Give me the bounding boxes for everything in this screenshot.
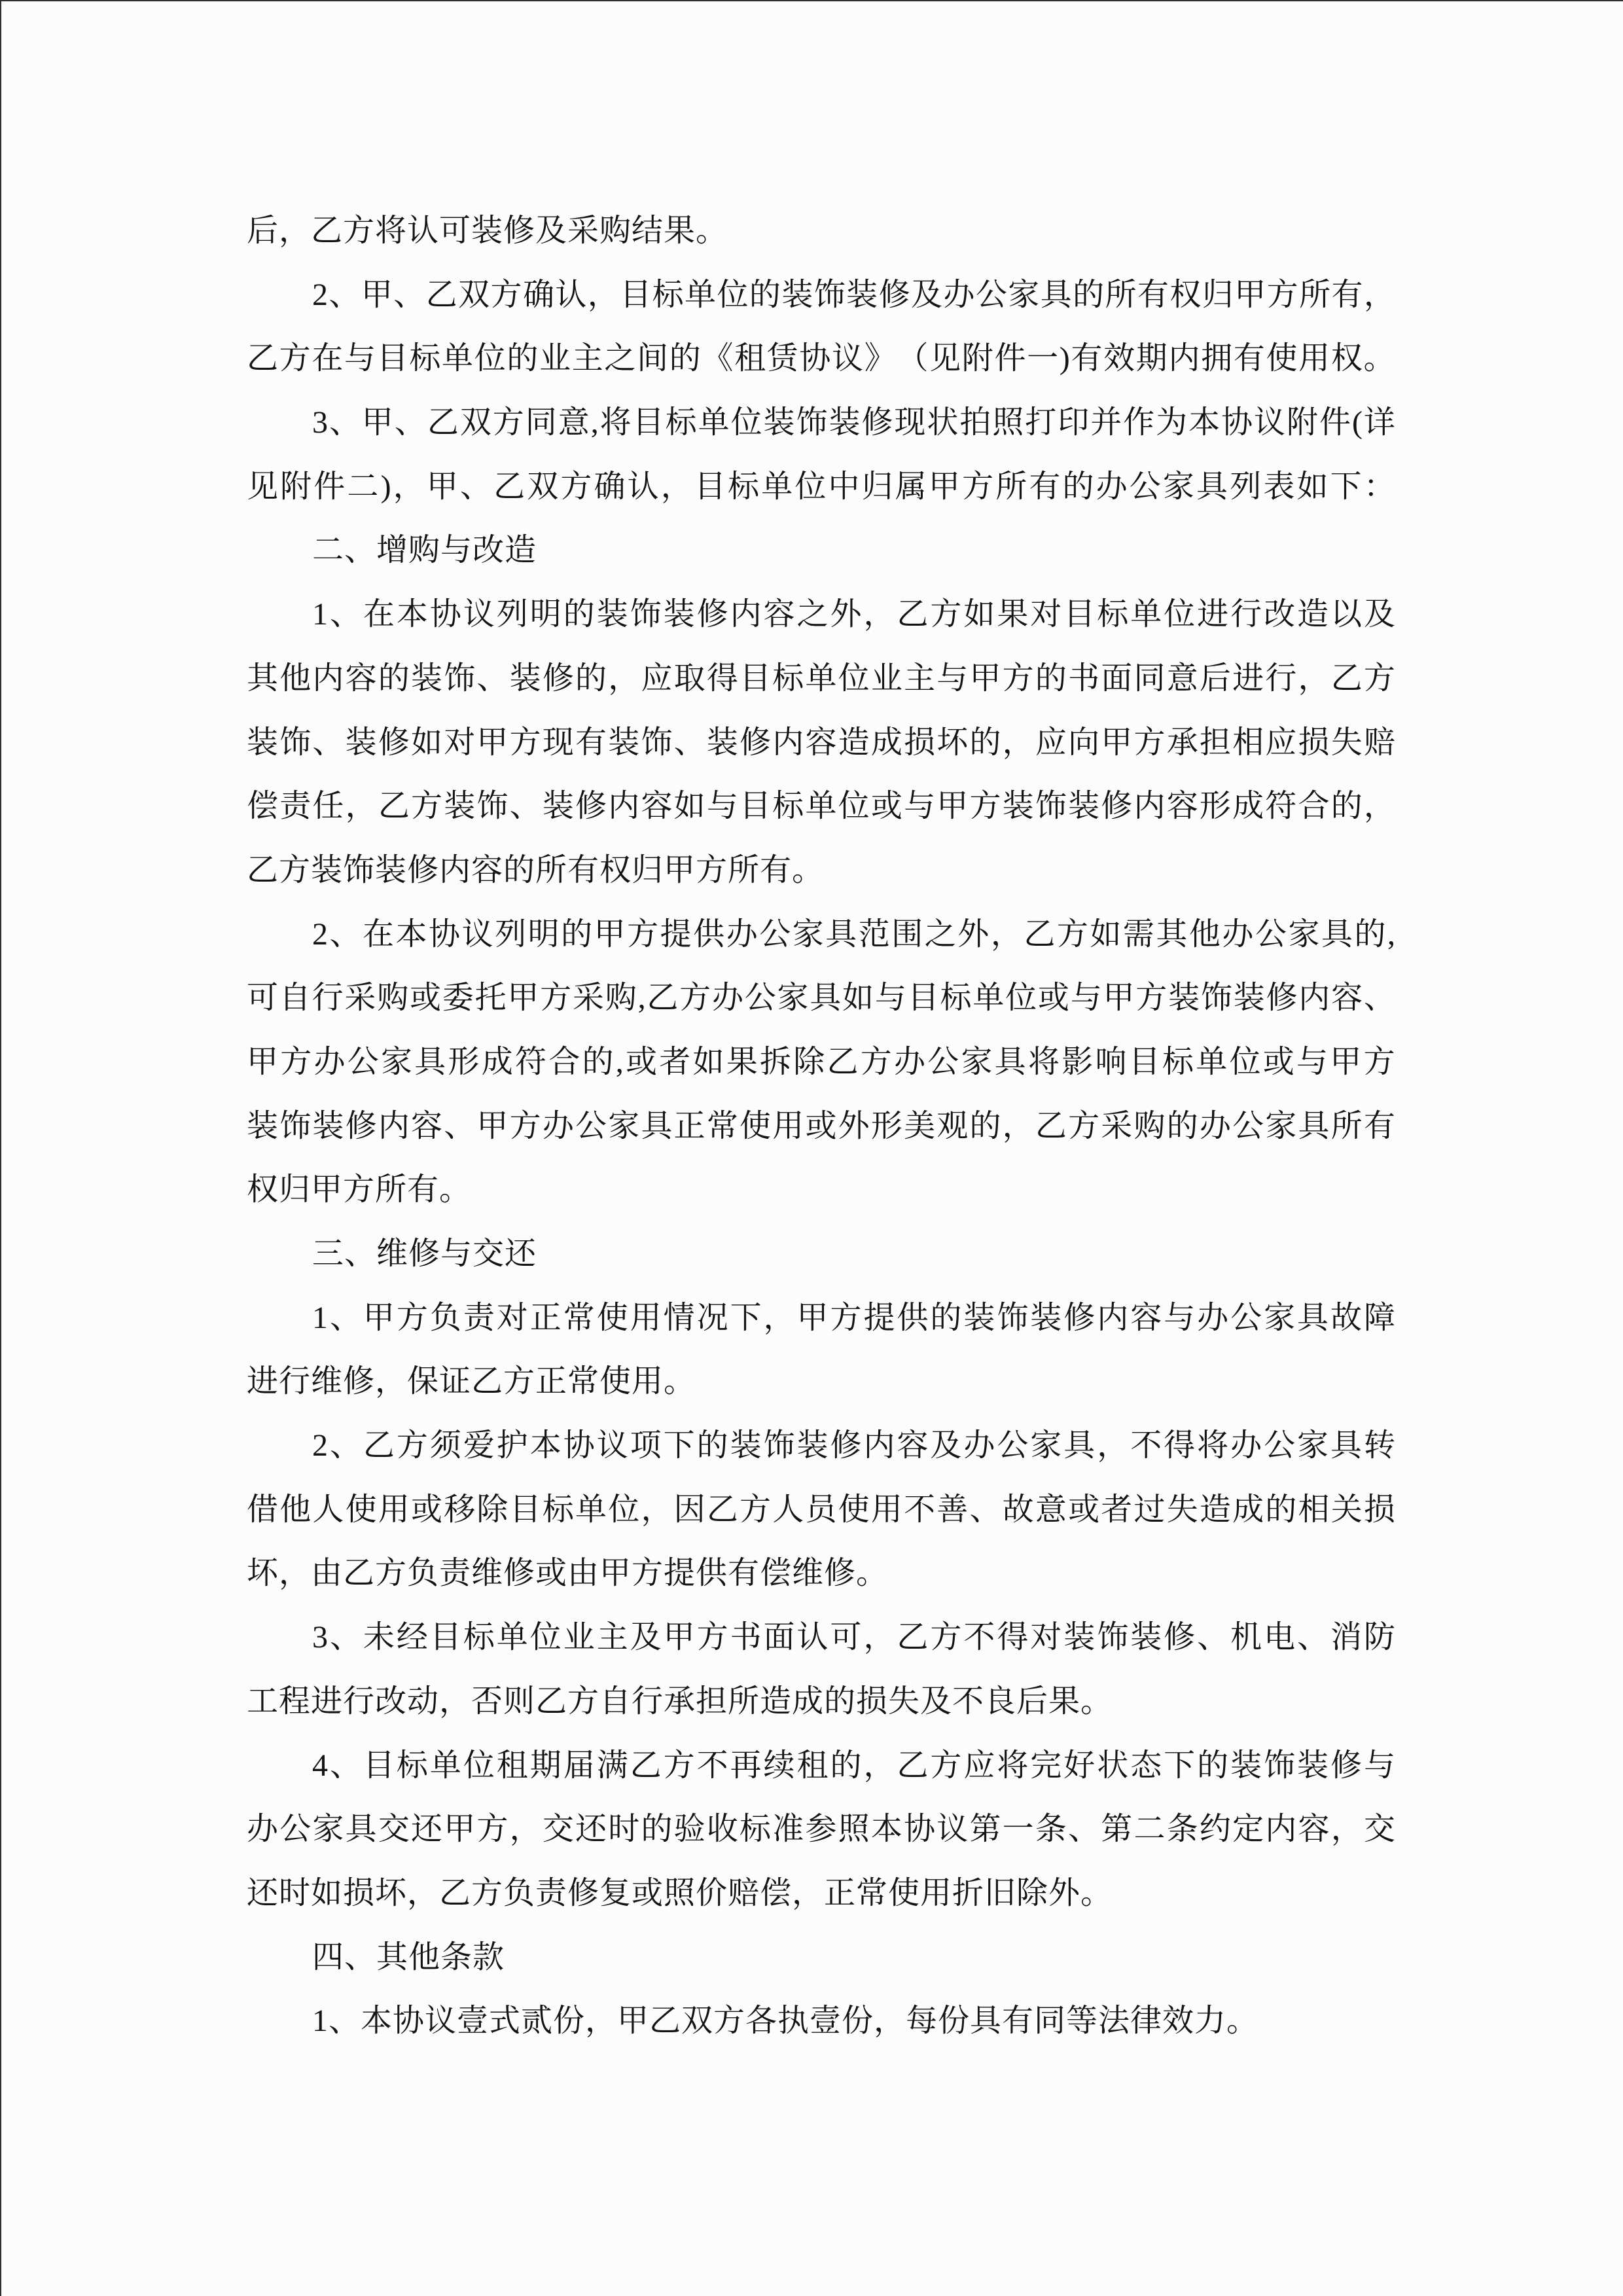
character: 下: [1164, 1734, 1195, 1798]
character: 同: [1133, 647, 1165, 711]
character: ,: [591, 391, 599, 455]
character: 或: [805, 1094, 836, 1158]
character: 或: [626, 1030, 657, 1094]
character: 乙: [1331, 647, 1363, 711]
character: 的: [582, 1030, 614, 1094]
character: 单: [497, 1605, 528, 1670]
character: 可: [830, 1605, 861, 1670]
character: 方: [397, 1414, 428, 1478]
character: 其: [247, 647, 278, 711]
character: 收: [707, 1797, 738, 1861]
character: 所: [1105, 263, 1137, 327]
character: 饰: [1097, 1605, 1128, 1670]
character: 坏: [936, 711, 968, 775]
character: 标: [772, 647, 804, 711]
character: 印: [1058, 391, 1089, 455]
character: 装: [781, 263, 813, 327]
character: 位: [838, 774, 870, 838]
character: 内: [1298, 966, 1330, 1030]
character: 协: [563, 1414, 595, 1478]
character: 成: [871, 711, 902, 775]
character: 饰: [444, 647, 475, 711]
character: 装: [312, 1094, 344, 1158]
character: 拥: [1201, 327, 1232, 391]
character: 、: [1297, 1605, 1329, 1670]
character: 公: [997, 1414, 1028, 1478]
character: 交: [378, 1797, 410, 1861]
character: 与: [344, 327, 376, 391]
character: 正: [674, 1094, 705, 1158]
character: 家: [1265, 1094, 1296, 1158]
character: 修: [879, 263, 910, 327]
character: 、: [674, 711, 705, 775]
character: 如: [1296, 455, 1328, 519]
character: 内: [1133, 774, 1165, 838]
character: 失: [1167, 1478, 1198, 1542]
character: 装: [1003, 774, 1034, 838]
character: 还: [411, 1797, 442, 1861]
character: 外: [830, 583, 861, 647]
character: 具: [810, 966, 841, 1030]
character: ，: [641, 1478, 672, 1542]
character: 成: [482, 1030, 513, 1094]
character: 对: [1030, 1605, 1061, 1670]
character: 装: [707, 711, 738, 775]
character: 责: [279, 774, 311, 838]
character: 乙: [647, 966, 678, 1030]
character: 与: [1071, 966, 1102, 1030]
character: 期: [530, 1734, 562, 1798]
contract-text-block: 后，乙方将认可装修及采购结果。2、甲、乙双方确认，目标单位的装饰装修及办公家具的…: [247, 199, 1395, 2053]
character: 他: [1189, 903, 1221, 967]
character: 家: [1297, 1414, 1329, 1478]
character: 认: [628, 455, 659, 519]
character: 甲: [363, 1286, 395, 1350]
character: 附: [280, 455, 312, 519]
character: 认: [797, 1605, 829, 1670]
character: 装: [797, 1414, 829, 1478]
character: 电: [1264, 1605, 1295, 1670]
character: 单: [1130, 583, 1162, 647]
text-line: 甲方办公家具形成符合的,或者如果拆除乙方办公家具将影响目标单位或与甲方: [247, 1030, 1395, 1094]
text-line: 后，乙方将认可装修及采购结果。: [247, 199, 1395, 263]
character: 装: [846, 263, 878, 327]
character: 的: [969, 1094, 1001, 1158]
character: 标: [940, 966, 972, 1030]
character: 主: [904, 647, 935, 711]
character: 方: [279, 327, 311, 391]
character: 改: [1264, 583, 1295, 647]
character: ，: [1003, 1094, 1034, 1158]
character: 4: [312, 1734, 328, 1798]
scanned-contract-page: 后，乙方将认可装修及采购结果。2、甲、乙双方确认，目标单位的装饰装修及办公家具的…: [0, 0, 1623, 2296]
character: 装: [1234, 966, 1265, 1030]
character: 位: [731, 391, 762, 455]
character: 主: [572, 327, 603, 391]
text-line: 办公家具交还甲方，交还时的验收标准参照本协议第一条、第二条约定内容，交: [247, 1797, 1395, 1861]
character: 方: [1135, 966, 1167, 1030]
character: 责: [463, 1286, 495, 1350]
character: 购: [605, 966, 637, 1030]
character: (: [1352, 391, 1363, 455]
character: 照: [838, 1797, 870, 1861]
character: 方: [627, 903, 658, 967]
character: 影: [1061, 1030, 1093, 1094]
character: 响: [1095, 1030, 1126, 1094]
character: 修: [1330, 1734, 1362, 1798]
character: 提: [863, 1286, 895, 1350]
character: 标: [652, 263, 684, 327]
character: 业: [871, 647, 902, 711]
character: 约: [1200, 1797, 1231, 1861]
character: 方: [930, 1734, 961, 1798]
character: 如: [692, 1030, 724, 1094]
character: 行: [1265, 647, 1296, 711]
text-line: 可自行采购或委托甲方采购,乙方办公家具如与目标单位或与甲方装饰装修内容、: [247, 966, 1395, 1030]
character: 归: [862, 455, 893, 519]
character: 防: [1364, 1605, 1395, 1670]
character: 饰: [1035, 774, 1067, 838]
character: 期: [1136, 327, 1168, 391]
character: 赔: [1364, 711, 1395, 775]
character: 修: [1101, 774, 1132, 838]
character: 方: [1267, 263, 1298, 327]
character: 、: [312, 711, 344, 775]
character: 方: [1133, 711, 1165, 775]
character: 的: [1265, 1478, 1296, 1542]
character: ，: [1298, 647, 1330, 711]
character: 装: [963, 1286, 995, 1350]
character: 位: [717, 263, 748, 327]
character: 甲: [247, 1030, 278, 1094]
character: 具: [1298, 1094, 1330, 1158]
character: 公: [745, 966, 776, 1030]
character: 时: [608, 1797, 639, 1861]
character: 方: [962, 455, 993, 519]
character: 在: [363, 903, 394, 967]
character: 甲: [476, 711, 508, 775]
character: 家: [1008, 263, 1039, 327]
character: 甲: [969, 647, 1001, 711]
character: 甲: [929, 455, 960, 519]
text-line: 进行维修，保证乙方正常使用。: [247, 1350, 1395, 1414]
character: 具: [1063, 1414, 1095, 1478]
character: 与: [707, 774, 738, 838]
character: 单: [761, 455, 793, 519]
character: 损: [1364, 1478, 1395, 1542]
character: 装: [1297, 1734, 1329, 1798]
character: 单: [575, 1478, 607, 1542]
character: 第: [969, 1797, 1001, 1861]
character: 位: [463, 1734, 495, 1798]
character: 、: [330, 1286, 361, 1350]
character: 供: [693, 903, 724, 967]
character: 有: [1029, 455, 1060, 519]
character: 外: [838, 1094, 870, 1158]
character: 单: [805, 647, 836, 711]
character: 有: [1137, 263, 1169, 327]
character: 见: [929, 327, 961, 391]
character: 形: [448, 1030, 480, 1094]
character: 位: [838, 647, 870, 711]
character: 公: [976, 263, 1007, 327]
character: 饰: [997, 1286, 1028, 1350]
character: 以: [1330, 583, 1362, 647]
character: 饰: [476, 774, 508, 838]
character: 成: [1232, 1478, 1264, 1542]
character: 方: [1068, 1094, 1099, 1158]
character: 家: [1163, 455, 1194, 519]
character: 、: [1364, 966, 1395, 1030]
character: 同: [526, 391, 557, 455]
text-line: 乙方装饰装修内容的所有权归甲方所有。: [247, 838, 1395, 903]
character: 内: [312, 647, 344, 711]
character: 之: [604, 327, 635, 391]
text-line: 3、未经目标单位业主及甲方书面认可，乙方不得对装饰装修、机电、消防: [247, 1605, 1395, 1670]
character: 关: [1331, 1478, 1363, 1542]
character: 件: [1319, 391, 1351, 455]
character: 拆: [760, 1030, 791, 1094]
character: 借: [247, 1478, 278, 1542]
character: 或: [411, 1478, 442, 1542]
character: 及: [630, 1605, 662, 1670]
character: 3: [312, 1605, 328, 1670]
character: 者: [1101, 1478, 1132, 1542]
character: 具: [641, 1094, 672, 1158]
character: 家: [793, 903, 824, 967]
character: 具: [414, 1030, 446, 1094]
character: 甲: [444, 1797, 475, 1861]
character: 的: [507, 327, 538, 391]
character: 目: [1129, 1030, 1160, 1094]
character: 障: [1364, 1286, 1395, 1350]
character: 自: [279, 966, 311, 1030]
character: 在: [363, 583, 395, 647]
character: 乙: [247, 327, 278, 391]
character: 之: [925, 903, 956, 967]
character: 方: [510, 711, 541, 775]
character: 、: [330, 903, 361, 967]
character: 的: [1035, 647, 1067, 711]
text-line: 坏，由乙方负责维修或由甲方提供有偿维修。: [247, 1541, 1395, 1605]
character: 形: [1200, 774, 1231, 838]
character: 用: [630, 1286, 662, 1350]
character: 家: [1030, 1414, 1061, 1478]
character: 单: [1196, 1030, 1227, 1094]
character: 为: [1156, 391, 1187, 455]
character: 标: [543, 1478, 574, 1542]
character: ，: [1097, 1414, 1128, 1478]
character: 或: [1068, 1478, 1099, 1542]
character: 现: [894, 391, 925, 455]
text-line: 1、本协议壹式贰份，甲乙双方各执壹份，每份具有同等法律效力。: [247, 1989, 1395, 2053]
character: 家: [1264, 1286, 1295, 1350]
character: 标: [728, 455, 759, 519]
character: 甲: [664, 1605, 695, 1670]
character: 相: [1298, 1478, 1330, 1542]
character: 内: [730, 583, 762, 647]
character: 、: [969, 1478, 1001, 1542]
character: 取: [674, 647, 705, 711]
character: 之: [797, 583, 829, 647]
text-line: 4、目标单位租期届满乙方不再续租的，乙方应将完好状态下的装饰装修与: [247, 1734, 1395, 1798]
character: 与: [1296, 1030, 1328, 1094]
character: 书: [1068, 647, 1099, 711]
character: 标: [1162, 1030, 1194, 1094]
character: 家: [381, 1030, 412, 1094]
character: 得: [707, 647, 738, 711]
character: 本: [397, 583, 428, 647]
character: ，: [991, 903, 1022, 967]
character: 归: [1202, 263, 1234, 327]
character: 用: [378, 1478, 410, 1542]
character: 列: [497, 583, 528, 647]
character: 租: [734, 327, 766, 391]
character: 认: [555, 263, 586, 327]
character: 明: [530, 583, 562, 647]
character: 议: [463, 583, 495, 647]
character: ，: [588, 263, 619, 327]
character: 他: [279, 1478, 311, 1542]
character: 托: [475, 966, 507, 1030]
character: 的: [1073, 263, 1104, 327]
character: 方: [411, 774, 442, 838]
character: 、: [393, 263, 425, 327]
character: 目: [430, 1605, 461, 1670]
character: 位: [1229, 1030, 1260, 1094]
character: 位: [474, 327, 506, 391]
character: 、: [460, 455, 491, 519]
character: 附: [962, 327, 993, 391]
character: 办: [314, 1030, 346, 1094]
character: 乙: [1035, 1094, 1067, 1158]
character: 常: [563, 1286, 595, 1350]
character: 状: [1097, 1734, 1128, 1798]
character: 1: [312, 583, 328, 647]
character: 如: [411, 711, 442, 775]
character: 双: [458, 263, 490, 327]
character: 办: [943, 263, 974, 327]
character: 装: [829, 391, 860, 455]
character: 容: [1298, 1797, 1330, 1861]
character: 善: [936, 1478, 968, 1542]
character: 的: [575, 647, 607, 711]
character: 方: [969, 774, 1001, 838]
character: 容: [641, 774, 672, 838]
character: 单: [442, 327, 473, 391]
character: 甲: [797, 1286, 829, 1350]
character: 使: [1266, 327, 1297, 391]
character: 、: [1197, 1605, 1228, 1670]
character: ,: [638, 966, 646, 1030]
character: 未: [363, 1605, 395, 1670]
character: 有: [1364, 1094, 1395, 1158]
character: 容: [1167, 774, 1198, 838]
character: 标: [1097, 583, 1128, 647]
character: 与: [936, 647, 968, 711]
character: 内: [863, 1414, 895, 1478]
character: 单: [698, 391, 730, 455]
character: 乙: [378, 774, 410, 838]
character: 内: [772, 711, 804, 775]
character: 的: [641, 1797, 672, 1861]
character: 或: [871, 774, 902, 838]
character: 合: [548, 1030, 580, 1094]
character: 间: [637, 327, 668, 391]
character: 、: [330, 1414, 361, 1478]
character: ，: [1364, 263, 1395, 327]
character: 如: [842, 966, 874, 1030]
character: 、: [395, 391, 426, 455]
character: 3: [312, 391, 328, 455]
character: 现: [543, 711, 574, 775]
text-line: 2、乙方须爱护本协议项下的装饰装修内容及办公家具，不得将办公家具转: [247, 1414, 1395, 1478]
character: 目: [1063, 583, 1095, 647]
character: 转: [1364, 1414, 1395, 1478]
character: 装: [1068, 774, 1099, 838]
character: 公: [348, 1030, 379, 1094]
character: 员: [805, 1478, 836, 1542]
character: 公: [1264, 1414, 1295, 1478]
character: ，: [608, 647, 639, 711]
character: 具: [1041, 263, 1072, 327]
character: 作: [1123, 391, 1154, 455]
character: 符: [515, 1030, 546, 1094]
character: 办: [1197, 1286, 1228, 1350]
character: 装: [510, 647, 541, 711]
character: 的: [830, 1734, 861, 1798]
character: 主: [597, 1605, 628, 1670]
character: 对: [497, 1286, 528, 1350]
character: 附: [1287, 391, 1318, 455]
character: 将: [1197, 1414, 1228, 1478]
character: 应: [641, 647, 672, 711]
text-line: 3、甲、乙双方同意,将目标单位装饰装修现状拍照打印并作为本协议附件(详: [247, 391, 1395, 455]
character: 本: [530, 1414, 562, 1478]
character: 成: [1232, 774, 1264, 838]
character: 并: [1090, 391, 1122, 455]
text-line: 乙方在与目标单位的业主之间的《租赁协议》（见附件一)有效期内拥有使用权。: [247, 327, 1395, 391]
character: 位: [1164, 583, 1195, 647]
character: （: [897, 327, 928, 391]
character: 使: [597, 1286, 628, 1350]
character: 除: [793, 1030, 825, 1094]
character: 不: [1130, 1414, 1162, 1478]
character: 可: [247, 966, 278, 1030]
character: 业: [563, 1605, 595, 1670]
text-line: 1、在本协议列明的装饰装修内容之外，乙方如果对目标单位进行改造以及: [247, 583, 1395, 647]
character: 、: [444, 1094, 475, 1158]
character: 与: [1364, 1734, 1395, 1798]
character: 方: [280, 1030, 312, 1094]
text-line: 工程进行改动，否则乙方自行承担所造成的损失及不良后果。: [247, 1670, 1395, 1734]
character: 容: [411, 1094, 442, 1158]
character: 好: [1063, 1734, 1095, 1798]
character: 本: [396, 903, 427, 967]
character: 的: [1331, 774, 1363, 838]
character: 准: [772, 1797, 804, 1861]
character: 方: [1364, 647, 1395, 711]
character: 意: [558, 391, 590, 455]
character: 。: [1363, 327, 1395, 391]
character: 面: [1101, 647, 1132, 711]
character: 造: [1200, 1478, 1231, 1542]
character: 对: [1030, 583, 1061, 647]
character: 美: [904, 1094, 935, 1158]
character: 不: [697, 1734, 728, 1798]
character: 方: [697, 1605, 728, 1670]
character: 标: [666, 391, 697, 455]
